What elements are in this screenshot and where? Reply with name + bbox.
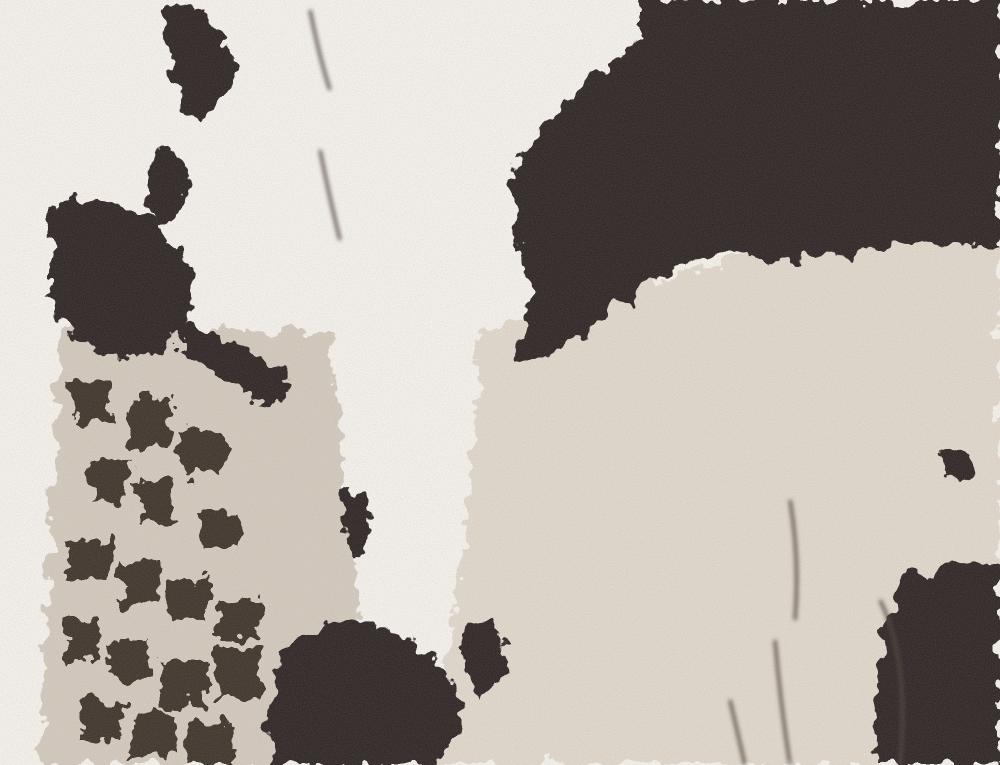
aerial-photograph bbox=[0, 0, 1000, 765]
film-grain bbox=[0, 0, 1000, 765]
